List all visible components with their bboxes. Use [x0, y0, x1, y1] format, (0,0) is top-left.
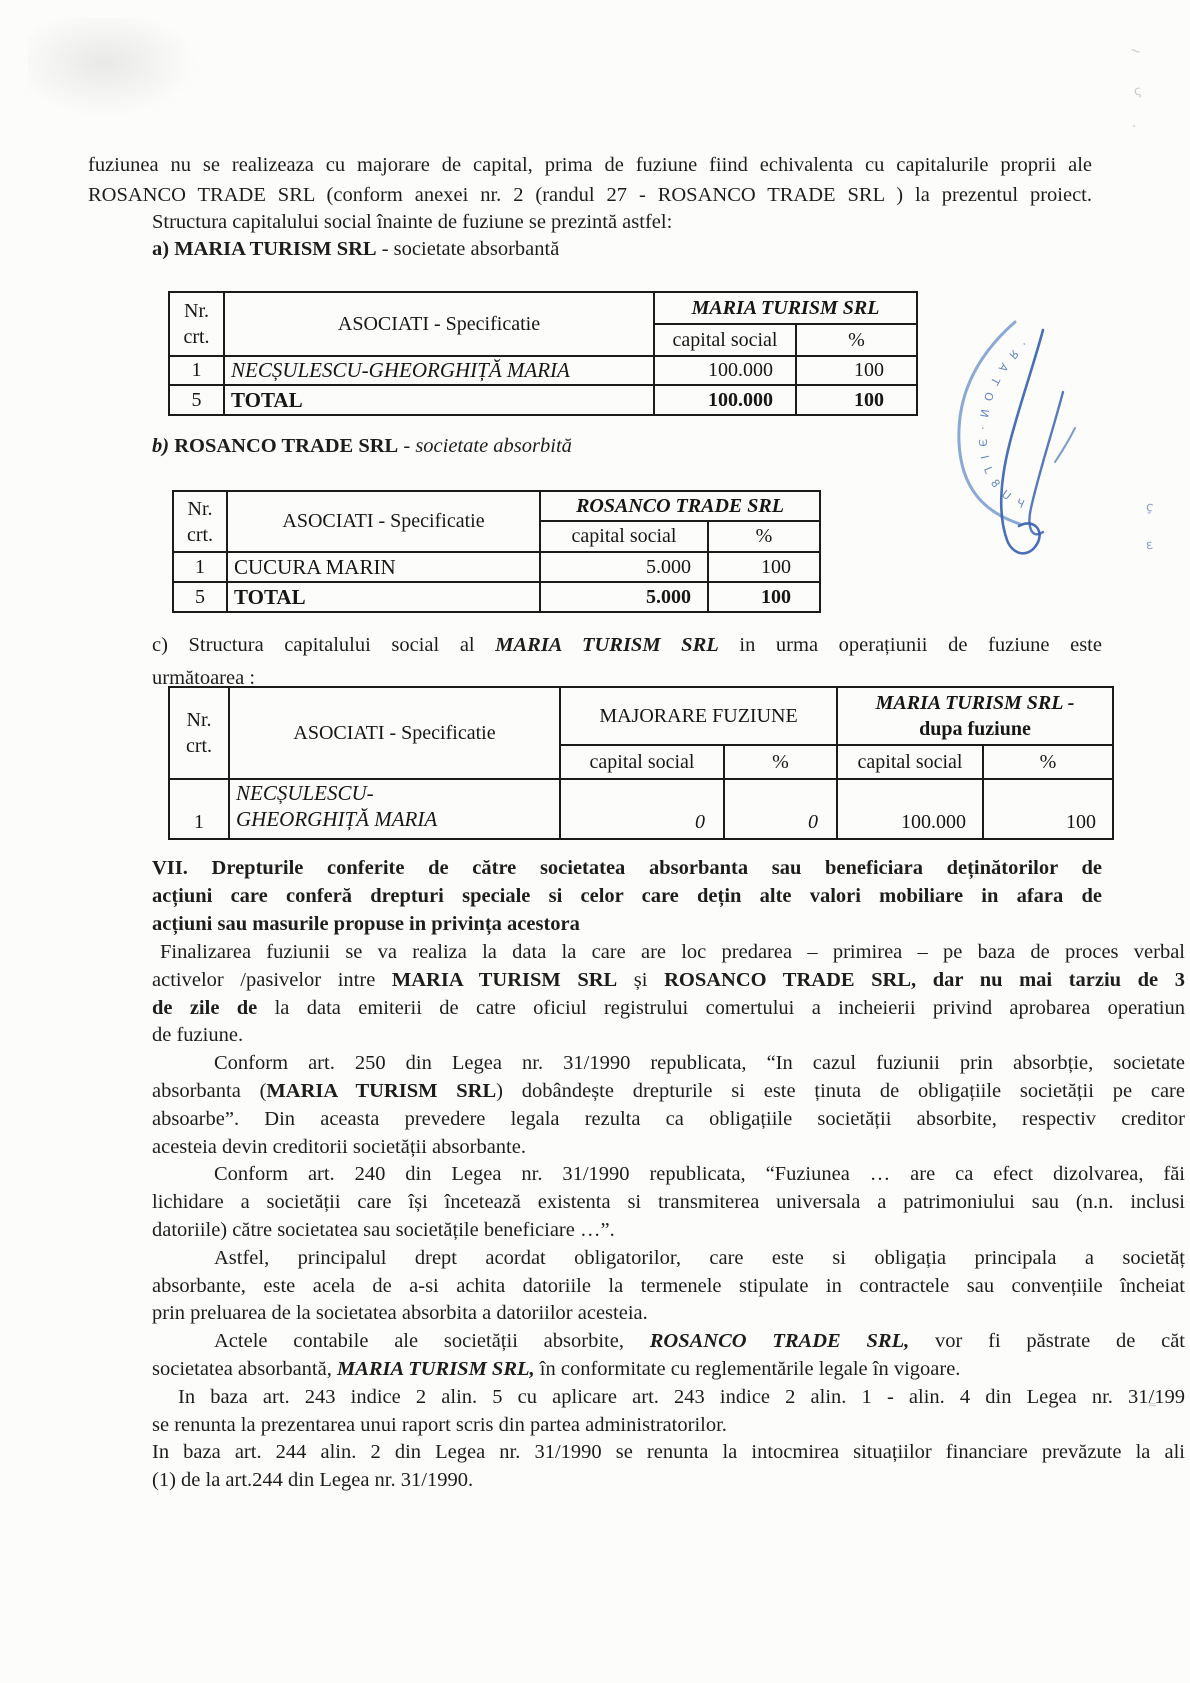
- cell-nr: 1: [169, 779, 229, 839]
- cell-pct: 100: [796, 385, 917, 415]
- cell-company-header: MARIA TURISM SRL: [654, 292, 917, 324]
- section-c-pre: c) Structura capitalului social al: [152, 634, 495, 656]
- opening-paragraph: fuziunea nu se realizeaza cu majorare de…: [88, 150, 1092, 210]
- section-c-post: in urma operațiunii de fuziune este: [719, 634, 1102, 656]
- table-total-row: 5 TOTAL 100.000 100: [169, 385, 917, 415]
- table-row: 1 NECȘULESCU- GHEORGHIȚĂ MARIA 0 0 100.0…: [169, 779, 1113, 839]
- section-b-sep: -: [398, 435, 415, 457]
- heading-line: acțiuni sau masurile propuse in privința…: [152, 910, 1102, 938]
- section-c-company: MARIA TURISM SRL: [495, 634, 719, 656]
- cell-capital-header: capital social: [540, 521, 708, 552]
- cell-name: NECȘULESCU- GHEORGHIȚĂ MARIA: [229, 779, 560, 839]
- cell-nr: 5: [173, 582, 227, 612]
- text-segment: societatea absorbantă,: [152, 1358, 337, 1380]
- cell-capital: 100.000: [654, 385, 796, 415]
- cell-capital: 5.000: [540, 582, 708, 612]
- section-b-label: ROSANCO TRADE SRL: [169, 435, 398, 457]
- table-rosanco-trade: Nr. crt. ASOCIATI - Specificatie ROSANCO…: [172, 490, 821, 613]
- cell-pct: 100: [708, 582, 820, 612]
- heading-line: acțiuni care conferă drepturi speciale s…: [152, 882, 1102, 910]
- body-paragraphs: Finalizarea fuziunii se va realiza la da…: [152, 939, 1185, 1495]
- section-a-heading: a) MARIA TURISM SRL - societate absorban…: [152, 236, 559, 263]
- section-a-label: a) MARIA TURISM SRL: [152, 238, 377, 260]
- paragraph-line: Finalizarea fuziunii se va realiza la da…: [152, 939, 1185, 967]
- cell-pct-header: %: [796, 324, 917, 356]
- cell-name: TOTAL: [224, 385, 654, 415]
- cell-name: CUCURA MARIN: [227, 552, 540, 582]
- paragraph-line: (1) de la art.244 din Legea nr. 31/1990.: [152, 1467, 1185, 1495]
- paragraph-line: lichidare a societății care își înceteaz…: [152, 1189, 1185, 1217]
- signature-stroke: [1030, 392, 1064, 534]
- paragraph-line: prin preluarea de la societatea absorbit…: [152, 1300, 1185, 1328]
- cell-pct: 100: [796, 356, 917, 385]
- table-row: 1 CUCURA MARIN 5.000 100: [173, 552, 820, 582]
- text-segment: ) dobândește drepturile si este ținuta d…: [496, 1080, 1185, 1102]
- cell-mf-capital: 0: [560, 779, 724, 839]
- table-header-row: Nr. crt. ASOCIATI - Specificatie MAJORAR…: [169, 687, 1113, 745]
- cell-capital: 5.000: [540, 552, 708, 582]
- text-segment: la data emiterii de catre oficiul regist…: [275, 997, 1185, 1019]
- cell-after-pct: 100: [983, 779, 1113, 839]
- text-segment: absorbanta (: [152, 1080, 266, 1102]
- cell-nr-header: Nr. crt.: [169, 292, 224, 356]
- cell-capital: 100.000: [654, 356, 796, 385]
- paragraph-line: activelor /pasivelor intre MARIA TURISM …: [152, 967, 1185, 995]
- crt-label: crt.: [176, 324, 217, 350]
- cell-capital-header: capital social: [654, 324, 796, 356]
- company-name: MARIA TURISM SRL,: [337, 1358, 535, 1380]
- section-vii-heading: VII. Drepturile conferite de către socie…: [152, 854, 1102, 938]
- text-segment: vor fi păstrate de căt: [909, 1330, 1185, 1352]
- company-name: MARIA TURISM SRL: [392, 969, 617, 991]
- paragraph-line: In baza art. 244 alin. 2 din Legea nr. 3…: [152, 1439, 1185, 1467]
- text-segment: în conformitate cu reglementările legale…: [535, 1358, 961, 1380]
- cell-pct-header: %: [724, 745, 837, 779]
- paragraph-line: datoriile) către societatea sau societăț…: [152, 1217, 1185, 1245]
- cell-spec-header: ASOCIATI - Specificatie: [224, 292, 654, 356]
- nr-label: Nr.: [176, 298, 217, 324]
- text-segment-bold: de zile de: [152, 997, 275, 1019]
- text-segment: activelor /pasivelor intre: [152, 969, 392, 991]
- section-b-heading: b) ROSANCO TRADE SRL - societate absorbi…: [152, 433, 572, 460]
- nr-label: Nr.: [180, 496, 220, 522]
- company-name: ROSANCO TRADE SRL, dar nu mai tarziu de …: [664, 969, 1185, 991]
- signature-stroke: [1055, 428, 1075, 462]
- cell-after-capital: 100.000: [837, 779, 983, 839]
- cell-nr-header: Nr. crt.: [169, 687, 229, 779]
- cell-company-header: MARIA TURISM SRL - dupa fuziune: [837, 687, 1113, 745]
- scan-smudge: [28, 18, 198, 118]
- name-line: NECȘULESCU-: [236, 780, 553, 806]
- paragraph-line: Conform art. 240 din Legea nr. 31/1990 r…: [152, 1161, 1185, 1189]
- paragraph-line: absorbanta (MARIA TURISM SRL) dobândește…: [152, 1078, 1185, 1106]
- section-a-rest: - societate absorbantă: [377, 238, 560, 260]
- paragraph-line: c) Structura capitalului social al MARIA…: [152, 629, 1102, 662]
- cell-nr: 1: [169, 356, 224, 385]
- paragraph-line: Conform art. 250 din Legea nr. 31/1990 r…: [152, 1050, 1185, 1078]
- table-maria-turism: Nr. crt. ASOCIATI - Specificatie MARIA T…: [168, 291, 918, 416]
- table-row: 1 NECȘULESCU-GHEORGHIȚĂ MARIA 100.000 10…: [169, 356, 917, 385]
- scan-artifact: ·: [1132, 120, 1136, 135]
- name-line: GHEORGHIȚĂ MARIA: [236, 806, 553, 832]
- cell-capital-header: capital social: [837, 745, 983, 779]
- company-name: ROSANCO TRADE SRL,: [650, 1330, 909, 1352]
- table-after-merger: Nr. crt. ASOCIATI - Specificatie MAJORAR…: [168, 686, 1114, 840]
- cell-company-header: ROSANCO TRADE SRL: [540, 491, 820, 521]
- section-b-rest: societate absorbită: [415, 435, 572, 457]
- scan-artifact: ~: [1128, 43, 1143, 61]
- cell-pct-header: %: [983, 745, 1113, 779]
- cell-spec-header: ASOCIATI - Specificatie: [229, 687, 560, 779]
- cell-name: NECȘULESCU-GHEORGHIȚĂ MARIA: [224, 356, 654, 385]
- crt-label: crt.: [176, 733, 222, 759]
- paragraph-line: societatea absorbantă, MARIA TURISM SRL,…: [152, 1356, 1185, 1384]
- paragraph-line: In baza art. 243 indice 2 alin. 5 cu apl…: [152, 1384, 1185, 1412]
- company-sub-line: dupa fuziune: [844, 716, 1106, 742]
- cell-mf-pct: 0: [724, 779, 837, 839]
- paragraph-line: de fuziune.: [152, 1022, 1185, 1050]
- cell-pct-header: %: [708, 521, 820, 552]
- paragraph-line: Astfel, principalul drept acordat obliga…: [152, 1245, 1185, 1273]
- cell-nr: 5: [169, 385, 224, 415]
- section-b-marker: b): [152, 435, 169, 457]
- heading-line: VII. Drepturile conferite de către socie…: [152, 854, 1102, 882]
- table-total-row: 5 TOTAL 5.000 100: [173, 582, 820, 612]
- table-header-row: Nr. crt. ASOCIATI - Specificatie MARIA T…: [169, 292, 917, 324]
- text-segment: Actele contabile ale societății absorbit…: [214, 1330, 650, 1352]
- cell-pct: 100: [708, 552, 820, 582]
- company-name: MARIA TURISM SRL: [266, 1080, 496, 1102]
- company-name-line: MARIA TURISM SRL -: [844, 690, 1106, 716]
- cell-spec-header: ASOCIATI - Specificatie: [227, 491, 540, 552]
- structura-line: Structura capitalului social înainte de …: [152, 209, 672, 236]
- cell-name: TOTAL: [227, 582, 540, 612]
- paragraph-line: Actele contabile ale societății absorbit…: [152, 1328, 1185, 1356]
- cell-nr: 1: [173, 552, 227, 582]
- cell-majorare-header: MAJORARE FUZIUNE: [560, 687, 837, 745]
- paragraph-line: acesteia devin creditorii societății abs…: [152, 1134, 1185, 1162]
- document-page: ~ ς · ≈ fuziunea nu se realizeaza cu maj…: [0, 0, 1190, 1683]
- table-header-row: Nr. crt. ASOCIATI - Specificatie ROSANCO…: [173, 491, 820, 521]
- paragraph-line: absoarbe”. Din aceasta prevedere legala …: [152, 1106, 1185, 1134]
- paragraph-line: se renunta la prezentarea unui raport sc…: [152, 1412, 1185, 1440]
- paragraph-line: ROSANCO TRADE SRL (conform anexei nr. 2 …: [88, 180, 1092, 210]
- paragraph-line: absorbante, este acela de a-si achita da…: [152, 1273, 1185, 1301]
- cell-capital-header: capital social: [560, 745, 724, 779]
- scan-artifact: ς: [1133, 83, 1143, 99]
- paragraph-line: de zile de la data emiterii de catre ofi…: [152, 995, 1185, 1023]
- cell-nr-header: Nr. crt.: [173, 491, 227, 552]
- nr-label: Nr.: [176, 707, 222, 733]
- crt-label: crt.: [180, 522, 220, 548]
- text-segment: și: [617, 969, 664, 991]
- stamp-arc-text: · Я A T O И · Э I L 8 U Ч ·: [935, 312, 1030, 512]
- paragraph-line: fuziunea nu se realizeaza cu majorare de…: [88, 150, 1092, 180]
